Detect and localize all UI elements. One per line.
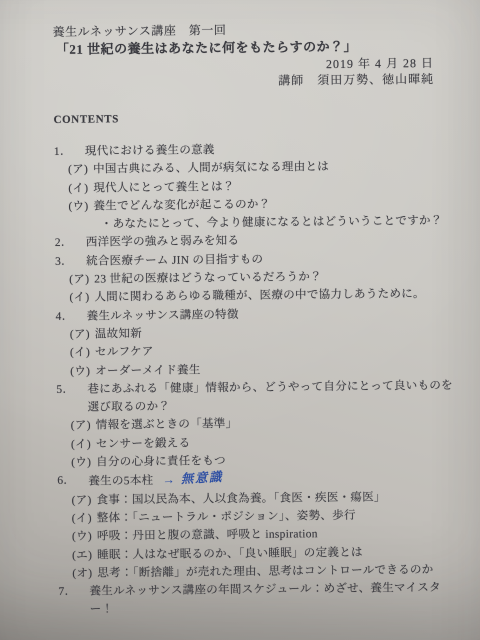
toc-line-label: (ウ) (72, 528, 97, 547)
toc-line-text: 養生ルネッサンス講座の年間スケジュール：めざせ、養生マイスター！ (89, 582, 440, 616)
contents-heading: CONTENTS (53, 109, 454, 127)
toc-line-label: 2． (55, 234, 86, 253)
toc-line-text: 人間に関わるあらゆる職種が、医療の中で協力しあうために。 (94, 288, 425, 303)
document-page: 養生ルネッサンス講座 第一回 「21 世紀の養生はあなたに何をもたらすのか？」 … (0, 0, 480, 640)
toc-line-label: (イ) (70, 344, 95, 363)
toc-line: 7． 養生ルネッサンス講座の年間スケジュール：めざせ、養生マイスター！ (58, 579, 459, 620)
toc-line-text: 整体：「ニュートラル・ポジション」、姿勢、歩行 (97, 510, 356, 525)
toc-line-label: (イ) (72, 509, 97, 528)
toc-line-label: (エ) (72, 546, 97, 565)
lecturers-line: 講師 須田万勢、徳山暉純 (53, 71, 454, 91)
toc-line-text: セルフケア (95, 346, 154, 359)
toc-line-label: (ウ) (71, 454, 96, 473)
toc-line-label: (ウ) (68, 197, 93, 216)
toc-line-label: (イ) (69, 289, 94, 308)
toc-line-label: ・ (101, 216, 113, 234)
toc-line-label: (イ) (71, 435, 96, 454)
toc-line-text: 睡眠：人はなぜ眠るのか、「良い睡眠」の定義とは (97, 546, 363, 561)
toc-line-label: (ア) (68, 161, 93, 180)
toc-line-text: センサーを鍛える (96, 437, 191, 450)
toc-line-label: (オ) (72, 564, 97, 583)
toc-line-text: 統合医療チーム JIN の目指すもの (86, 254, 263, 268)
toc-line-label: 5． (56, 380, 87, 417)
toc-line-label: (ア) (69, 271, 94, 290)
toc-line: 5． 巷にあふれる「健康」情報から、どうやって自分にとって良いものを選び取るのか… (56, 377, 457, 418)
toc-line-label: (ア) (71, 491, 96, 510)
toc-line-text: 思考：「断捨離」が売れた理由、思考はコントロールできるのか (97, 564, 433, 580)
toc-line-text: 現代人にとって養生とは？ (93, 181, 234, 194)
toc-line-label: (ア) (71, 417, 96, 436)
toc-line-label: 1． (54, 143, 85, 162)
toc-list: 1． 現代における養生の意義 (ア) 中国古典にみる、人間が病気になる理由とは … (54, 139, 460, 620)
photographed-document: 養生ルネッサンス講座 第一回 「21 世紀の養生はあなたに何をもたらすのか？」 … (0, 0, 480, 640)
toc-line-text: 養生の5本柱 (88, 475, 153, 488)
toc-line-label: (ウ) (70, 362, 95, 381)
toc-line-text: 情報を選ぶときの「基準」 (96, 418, 238, 431)
toc-line-text: 巷にあふれる「健康」情報から、どうやって自分にとって良いものを選び取るのか？ (87, 380, 453, 414)
toc-line-text: 西洋医学の強みと弱みを知る (86, 235, 240, 249)
toc-line-text: 現代における養生の意義 (85, 144, 215, 157)
toc-line-label: 4． (56, 307, 87, 326)
toc-line-label: (イ) (68, 179, 93, 198)
toc-line-label: 7． (58, 583, 89, 620)
toc-line-text: 養生でどんな変化が起こるのか？ (93, 199, 270, 213)
toc-line-text: オーダーメイド養生 (95, 364, 201, 377)
toc-line-label: 6． (57, 472, 88, 492)
toc-line-text: 呼吸：丹田と腹の意識、呼吸と inspiration (97, 528, 318, 542)
toc-line-text: 中国古典にみる、人間が病気になる理由とは (93, 161, 329, 175)
toc-line-text: あなたにとって、今より健康になるとはどういうことですか？ (113, 215, 443, 230)
toc-line-text: 自分の心身に責任をもつ (96, 455, 226, 468)
toc-line-label: (ア) (70, 325, 95, 344)
toc-line-text: 温故知新 (95, 328, 142, 340)
handwritten-annotation: → 無意識 (162, 468, 224, 490)
toc-line-label: 3． (55, 252, 86, 271)
toc-line-text: 食事：国以民為本、人以食為養。「食医・疾医・瘍医」 (96, 491, 385, 506)
toc-line-text: 養生ルネッサンス講座の特徴 (87, 309, 239, 323)
toc-line-text: 23 世紀の医療はどうなっているだろうか？ (94, 271, 322, 285)
